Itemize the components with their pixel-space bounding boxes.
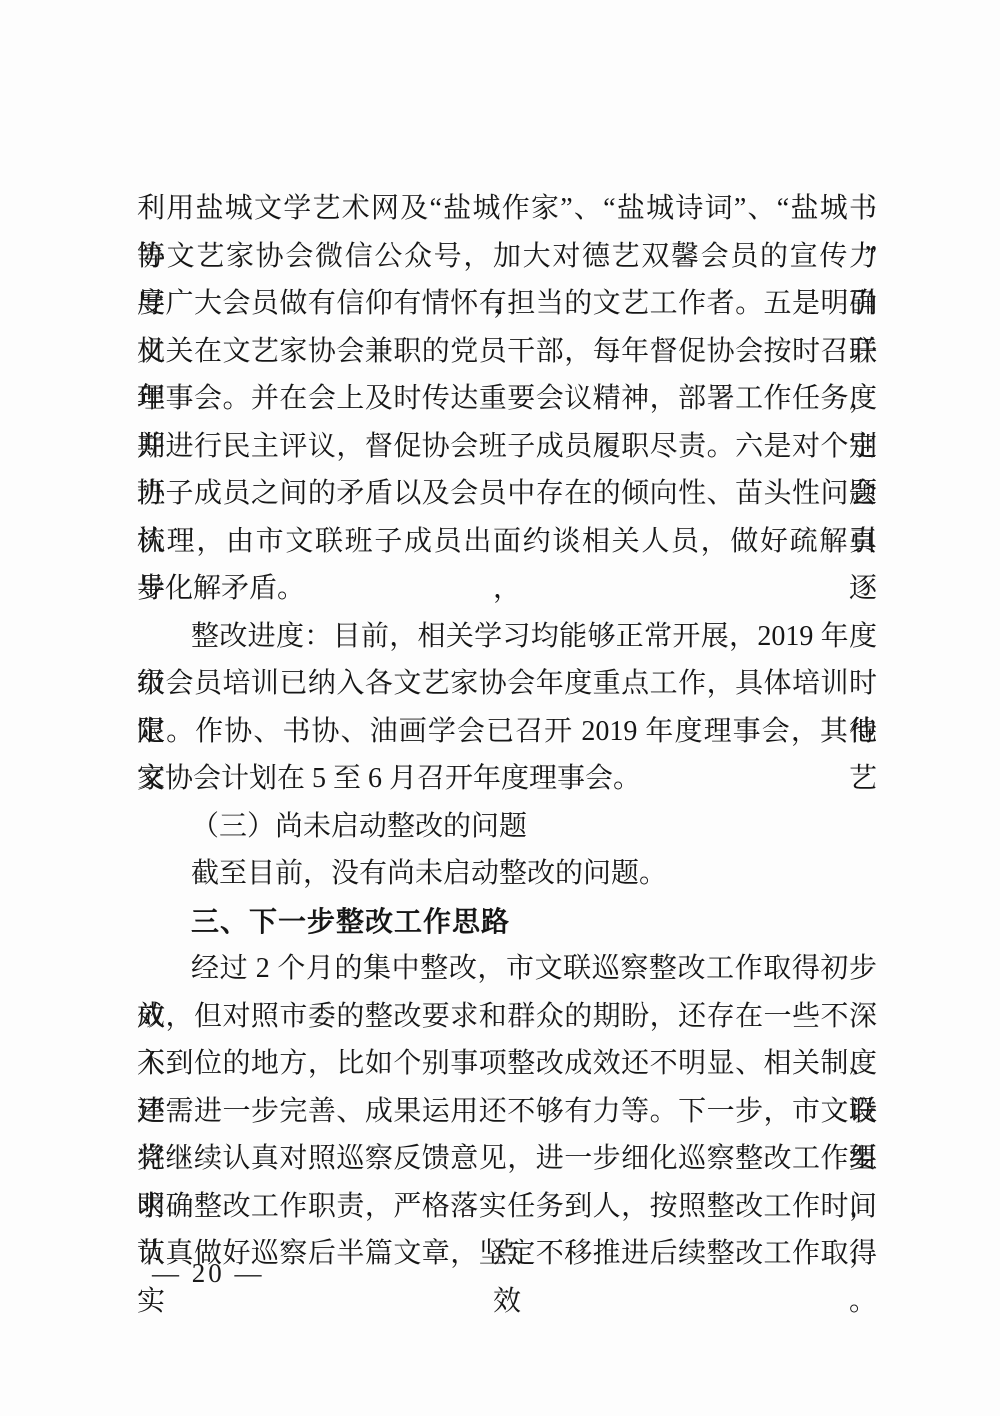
document-body: 利用盐城文学艺术网及“盐城作家”、“盐城诗词”、“盐城书协”等文艺家协会微信公众… [137,185,877,1278]
text-line: 不到位的地方，比如个别事项整改成效还不明显、相关制度建设 [137,1040,877,1088]
text-line: 将继续认真对照巡察反馈意见，进一步细化巡察整改工作要求， [137,1135,877,1183]
text-line: 梳理，由市文联班子成员出面约谈相关人员，做好疏解引导，逐 [137,518,877,566]
text-line: （三）尚未启动整改的问题 [137,803,877,851]
text-line: 期进行民主评议，督促协会班子成员履职尽责。六是对个别协会 [137,423,877,471]
document-page: 利用盐城文学艺术网及“盐城作家”、“盐城诗词”、“盐城书协”等文艺家协会微信公众… [0,0,1000,1416]
text-line: 级会员培训已纳入各文艺家协会年度重点工作，具体培训时限待 [137,660,877,708]
text-line: 整改进度：目前，相关学习均能够正常开展，2019 年度市 [137,613,877,661]
page-number: — 20 — [152,1256,265,1290]
text-line: 等文艺家协会微信公众号，加大对德艺双馨会员的宣传力度，引 [137,233,877,281]
text-line: 经过 2 个月的集中整改，市文联巡察整改工作取得初步成 [137,945,877,993]
text-line: 班子成员之间的矛盾以及会员中存在的倾向性、苗头性问题认真 [137,470,877,518]
text-line: 导广大会员做有信仰有情怀有担当的文艺工作者。五是明确文联 [137,280,877,328]
text-line: 定。作协、书协、油画学会已召开 2019 年度理事会，其他文艺 [137,708,877,756]
text-line: 三、下一步整改工作思路 [137,898,877,946]
text-line: 截至目前，没有尚未启动整改的问题。 [137,850,877,898]
text-line: 明确整改工作职责，严格落实任务到人，按照整改工作时间节点， [137,1183,877,1231]
text-line: 利用盐城文学艺术网及“盐城作家”、“盐城诗词”、“盐城书协” [137,185,877,233]
text-line: 效，但对照市委的整改要求和群众的期盼，还存在一些不深入、 [137,993,877,1041]
text-line: 理事会。并在会上及时传达重要会议精神，部署工作任务，并定 [137,375,877,423]
text-line: 机关在文艺家协会兼职的党员干部，每年督促协会按时召开年度 [137,328,877,376]
text-line: 还需进一步完善、成果运用还不够有力等。下一步，市文联党组 [137,1088,877,1136]
